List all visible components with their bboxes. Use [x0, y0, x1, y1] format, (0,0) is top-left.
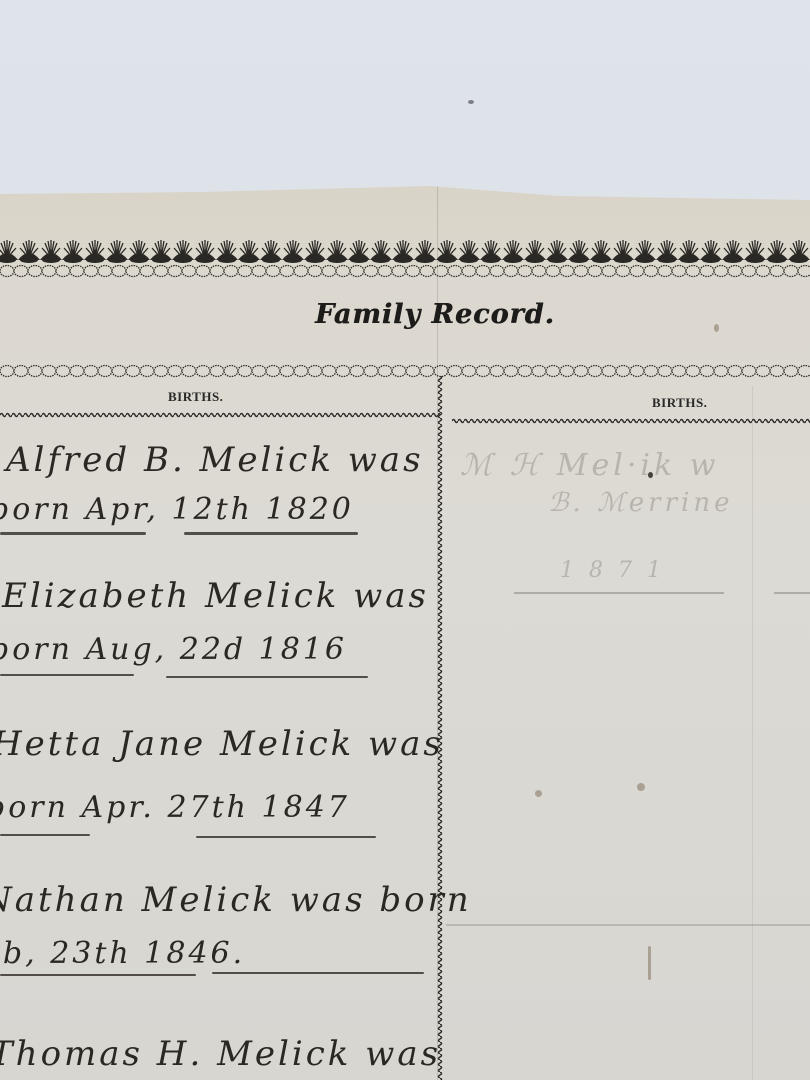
stain-spot	[714, 324, 719, 332]
birth-entry: Hetta Jane Melick was born Apr. 27th 184…	[0, 716, 436, 856]
fold-crease-vertical-right	[752, 386, 753, 1080]
entry-name-line: Hetta Jane Melick was	[0, 724, 444, 764]
family-record-sheet: Family Record. BIRTHS. BIRTHS. Alfred B.…	[0, 186, 810, 1080]
underline	[0, 974, 196, 976]
birth-entry: Alfred B. Melick was born Apr, 12th 1820	[0, 436, 436, 556]
entry-date-line: born Apr. 27th 1847	[0, 790, 350, 825]
births-heading-left: BIRTHS.	[168, 389, 223, 405]
bleedthrough-line	[514, 592, 724, 594]
entry-date-line: born Apr, 12th 1820	[0, 492, 354, 527]
fan-ornament-border	[0, 238, 810, 264]
chain-ornament-border-middle	[0, 364, 810, 378]
bleedthrough-text: ℬ. ℳerrine	[548, 488, 733, 518]
underline	[0, 674, 134, 676]
entry-name-line: Thomas H. Melick was	[0, 1034, 441, 1074]
entry-name-line: Elizabeth Melick was	[2, 576, 429, 616]
stain-spot	[637, 783, 645, 791]
wavy-rule-left	[0, 412, 440, 418]
underline	[184, 532, 358, 535]
entry-date-line: Feb, 23th 1846.	[0, 936, 245, 971]
entry-date-line: born Aug, 22d 1816	[0, 632, 347, 667]
births-heading-right: BIRTHS.	[652, 395, 707, 411]
bleedthrough-text: 1 8 7 1	[560, 558, 665, 583]
underline	[196, 836, 376, 838]
birth-entry: Thomas H. Melick was	[0, 1016, 436, 1080]
underline	[0, 834, 90, 836]
stain-spot	[535, 790, 542, 797]
page-title: Family Record.	[0, 299, 810, 330]
underline	[166, 676, 368, 678]
underline	[212, 972, 424, 974]
underline	[0, 532, 146, 535]
birth-entry: Elizabeth Melick was born Aug, 22d 1816	[0, 566, 436, 696]
entry-name-line: Alfred B. Melick was	[6, 440, 424, 480]
birth-entry: Nathan Melick was born Feb, 23th 1846.	[0, 866, 436, 996]
stain-mark	[648, 946, 651, 980]
fold-crease-horizontal	[446, 924, 810, 926]
dust-speck	[468, 100, 474, 104]
stain-spot	[648, 472, 653, 478]
wavy-rule-right	[452, 418, 810, 424]
chain-ornament-border-top	[0, 264, 810, 278]
entry-name-line: Nathan Melick was born	[0, 880, 472, 920]
bleedthrough-line	[774, 592, 810, 594]
bleedthrough-text: ℳ ℋ Mel·ik w	[460, 448, 719, 483]
